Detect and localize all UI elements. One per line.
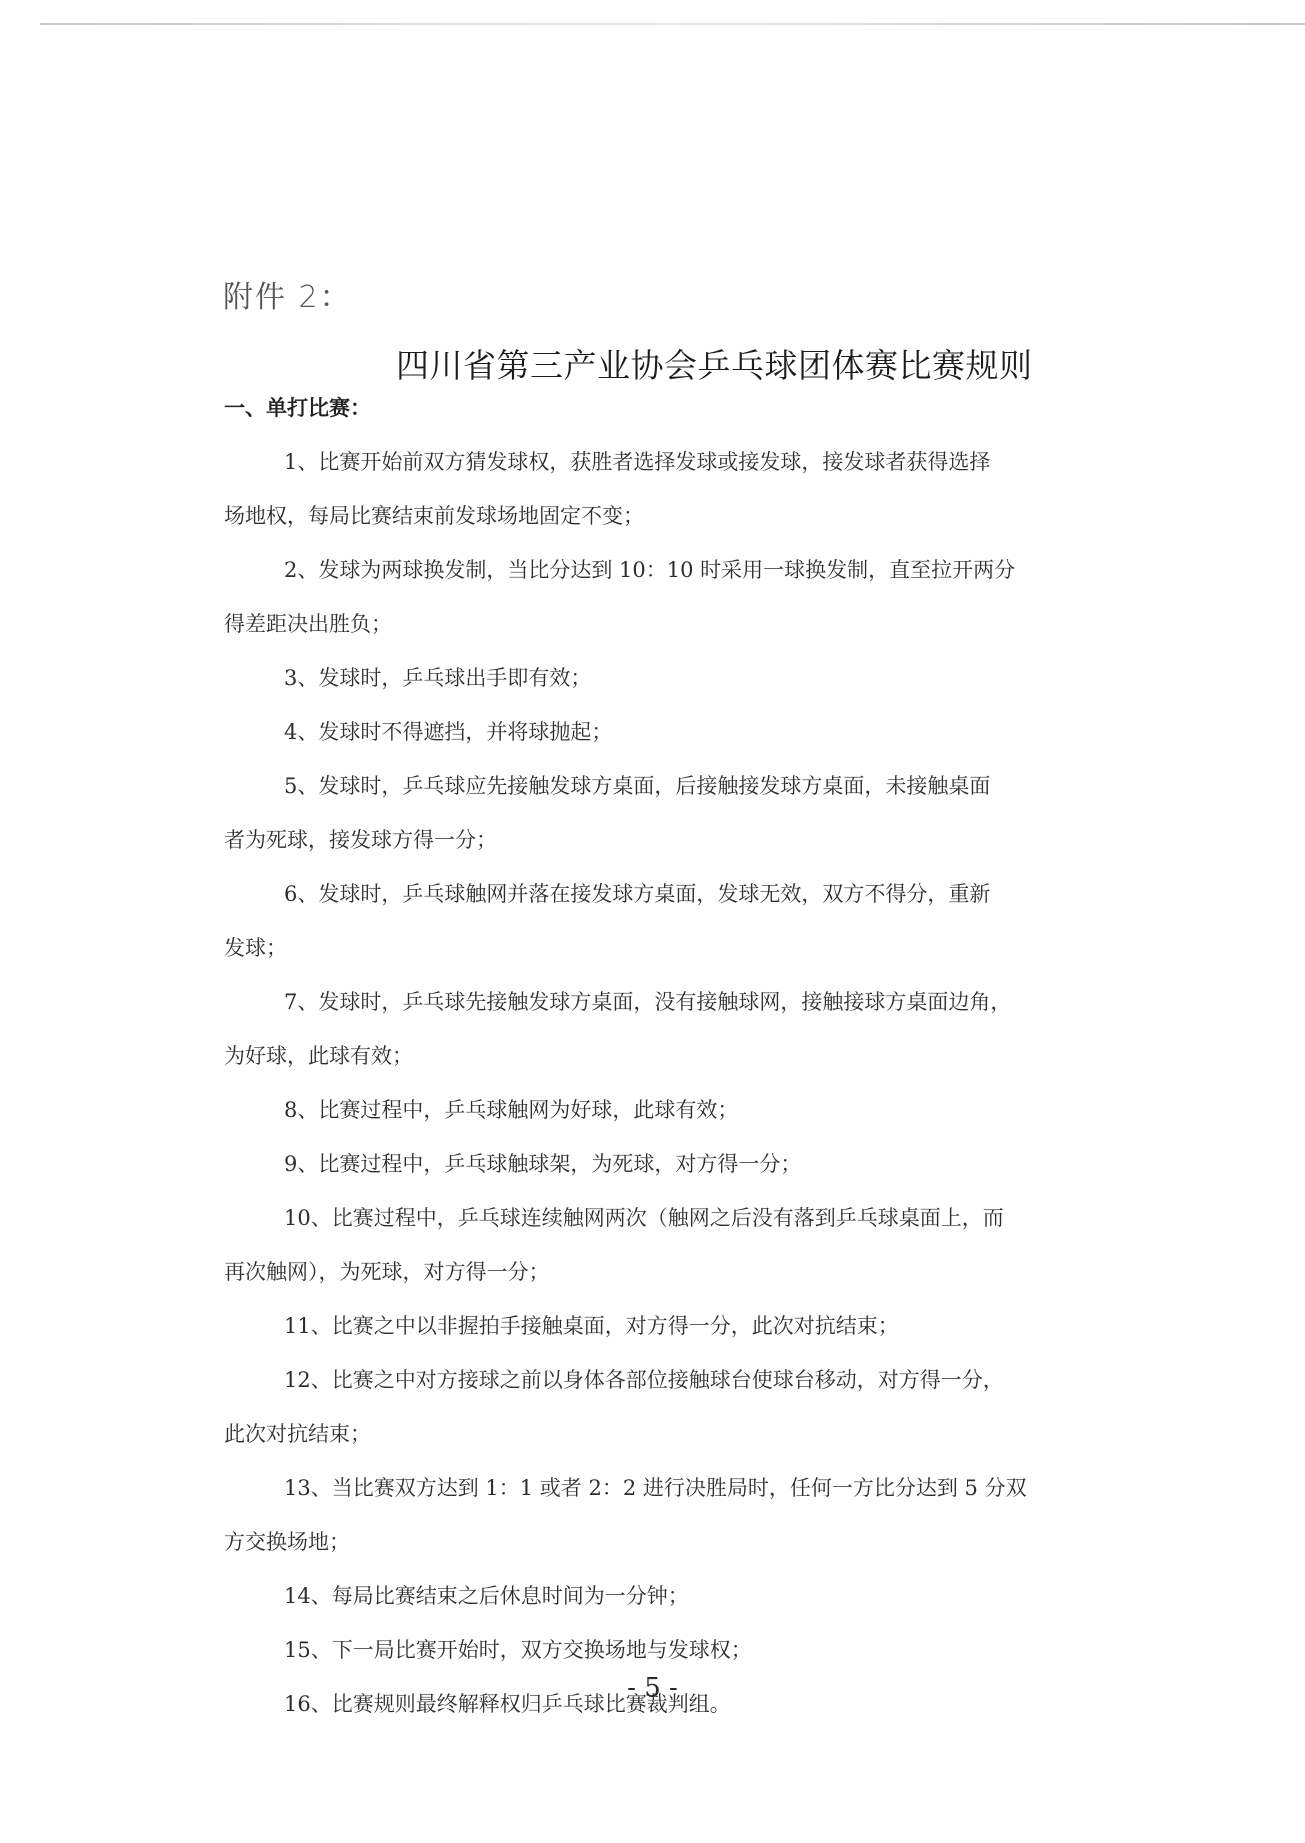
rule-line: 此次对抗结束； (224, 1407, 1154, 1461)
page-number: - 5 - (0, 1673, 1305, 1703)
document-title: 四川省第三产业协会乒乓球团体赛比赛规则 (396, 340, 1033, 387)
rule-line: 1、比赛开始前双方猜发球权，获胜者选择发球或接发球，接发球者获得选择 (224, 435, 1154, 489)
rule-line: 为好球，此球有效； (224, 1029, 1154, 1083)
rule-line: 9、比赛过程中，乒乓球触球架，为死球，对方得一分； (224, 1137, 1154, 1191)
rule-line: 3、发球时，乒乓球出手即有效； (224, 651, 1154, 705)
rule-line: 方交换场地； (224, 1515, 1154, 1569)
rule-line: 11、比赛之中以非握拍手接触桌面，对方得一分，此次对抗结束； (224, 1299, 1154, 1353)
rule-line: 10、比赛过程中，乒乓球连续触网两次（触网之后没有落到乒乓球桌面上，而 (224, 1191, 1154, 1245)
rule-line: 7、发球时，乒乓球先接触发球方桌面，没有接触球网，接触接球方桌面边角， (224, 975, 1154, 1029)
rule-line: 2、发球为两球换发制，当比分达到 10：10 时采用一球换发制，直至拉开两分 (224, 543, 1154, 597)
rule-line: 4、发球时不得遮挡，并将球抛起； (224, 705, 1154, 759)
rule-line: 6、发球时，乒乓球触网并落在接发球方桌面，发球无效，双方不得分，重新 (224, 867, 1154, 921)
attachment-label: 附件 2： (223, 272, 352, 316)
rule-line: 得差距决出胜负； (224, 597, 1154, 651)
rules-list: 1、比赛开始前双方猜发球权，获胜者选择发球或接发球，接发球者获得选择场地权，每局… (224, 435, 1154, 1731)
rule-line: 8、比赛过程中，乒乓球触网为好球，此球有效； (224, 1083, 1154, 1137)
rule-line: 再次触网），为死球，对方得一分； (224, 1245, 1154, 1299)
rule-line: 5、发球时，乒乓球应先接触发球方桌面，后接触接发球方桌面，未接触桌面 (224, 759, 1154, 813)
rule-line: 场地权，每局比赛结束前发球场地固定不变； (224, 489, 1154, 543)
rule-line: 14、每局比赛结束之后休息时间为一分钟； (224, 1569, 1154, 1623)
rule-line: 者为死球，接发球方得一分； (224, 813, 1154, 867)
rule-line: 12、比赛之中对方接球之前以身体各部位接触球台使球台移动，对方得一分， (224, 1353, 1154, 1407)
rule-line: 15、下一局比赛开始时，双方交换场地与发球权； (224, 1623, 1154, 1677)
rule-line: 发球； (224, 921, 1154, 975)
rule-line: 13、当比赛双方达到 1：1 或者 2：2 进行决胜局时，任何一方比分达到 5 … (224, 1461, 1154, 1515)
scan-edge-line (40, 23, 1305, 25)
section-heading: 一、单打比赛： (224, 392, 371, 422)
